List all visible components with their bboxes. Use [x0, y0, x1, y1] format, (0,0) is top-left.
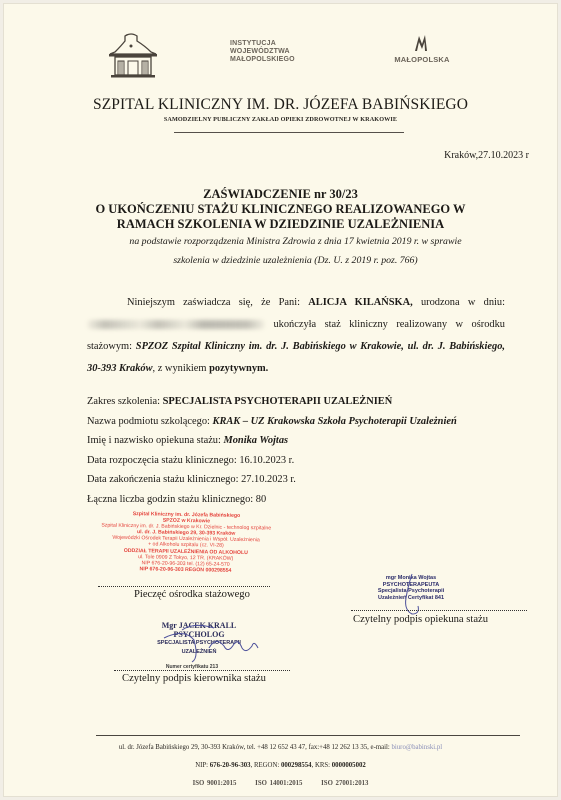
- issue-date: Kraków,27.10.2023 r: [444, 150, 529, 161]
- footer-iso-certifications: ISO 9001:2015 ISO 14001:2015 ISO 27001:2…: [4, 780, 557, 787]
- certificate-body: Niniejszym zaświadcza się, że Pani: ALIC…: [87, 292, 505, 380]
- training-details: Zakres szkolenia: SPECJALISTA PSYCHOTERA…: [87, 392, 457, 509]
- detail-row: Data rozpoczęcia stażu klinicznego: 16.1…: [87, 451, 457, 471]
- redacted-birth-info: [87, 320, 265, 329]
- detail-row: Nazwa podmiotu szkolącego: KRAK – UZ Kra…: [87, 412, 457, 432]
- facility-stamp-label: Pieczęć ośrodka stażowego: [134, 589, 250, 600]
- result-value: pozytywnym.: [209, 363, 268, 374]
- legal-basis: na podstawie rozporządzenia Ministra Zdr…: [74, 232, 517, 270]
- detail-row: Łączna liczba godzin stażu klinicznego: …: [87, 490, 457, 510]
- certificate-page: INSTYTUCJA WOJEWÓDZTWA MAŁOPOLSKIEGO MAŁ…: [3, 3, 558, 797]
- institution-logo: INSTYTUCJA WOJEWÓDZTWA MAŁOPOLSKIEGO: [230, 40, 295, 64]
- header-divider: [174, 132, 404, 133]
- certificate-title: ZAŚWIADCZENIE nr 30/23 O UKOŃCZENIU STAŻ…: [4, 187, 557, 232]
- facility-name: SPZOZ Szpital Kliniczny im. dr. J. Babiń…: [87, 341, 505, 374]
- supervisor-signature-icon: [396, 572, 426, 618]
- malopolska-m-icon: [414, 34, 430, 52]
- email-link[interactable]: biuro@babinski.pl: [392, 744, 443, 751]
- person-name: ALICJA KILAŃSKA,: [308, 297, 412, 308]
- detail-row: Zakres szkolenia: SPECJALISTA PSYCHOTERA…: [87, 392, 457, 412]
- hospital-building-logo-icon: [107, 32, 159, 78]
- supervisor-signature-label: Czytelny podpis opiekuna stażu: [353, 614, 488, 625]
- supervisor-signature-line: [351, 610, 527, 611]
- malopolska-logo: MAŁOPOLSKA: [387, 34, 457, 64]
- director-signature-line: [114, 670, 290, 671]
- detail-row: Data zakończenia stażu klinicznego: 27.1…: [87, 470, 457, 490]
- footer-divider: [96, 735, 520, 736]
- director-signature-label: Czytelny podpis kierownika stażu: [122, 673, 266, 684]
- footer-registration-ids: NIP: 676-20-96-303, REGON: 000298554, KR…: [4, 762, 557, 769]
- hospital-subtitle: SAMODZIELNY PUBLICZNY ZAKŁAD OPIEKI ZDRO…: [4, 116, 557, 123]
- footer-address: ul. dr. Józefa Babińskiego 29, 30-393 Kr…: [4, 744, 557, 751]
- facility-stamp-line: [98, 586, 270, 587]
- facility-stamp: Szpital Kliniczny im. dr. Józefa Babińsk…: [100, 511, 271, 575]
- hospital-name: SZPITAL KLINICZNY IM. DR. JÓZEFA BABIŃSK…: [4, 96, 557, 114]
- detail-row: Imię i nazwisko opiekuna stażu: Monika W…: [87, 431, 457, 451]
- director-signature-icon: [154, 618, 274, 666]
